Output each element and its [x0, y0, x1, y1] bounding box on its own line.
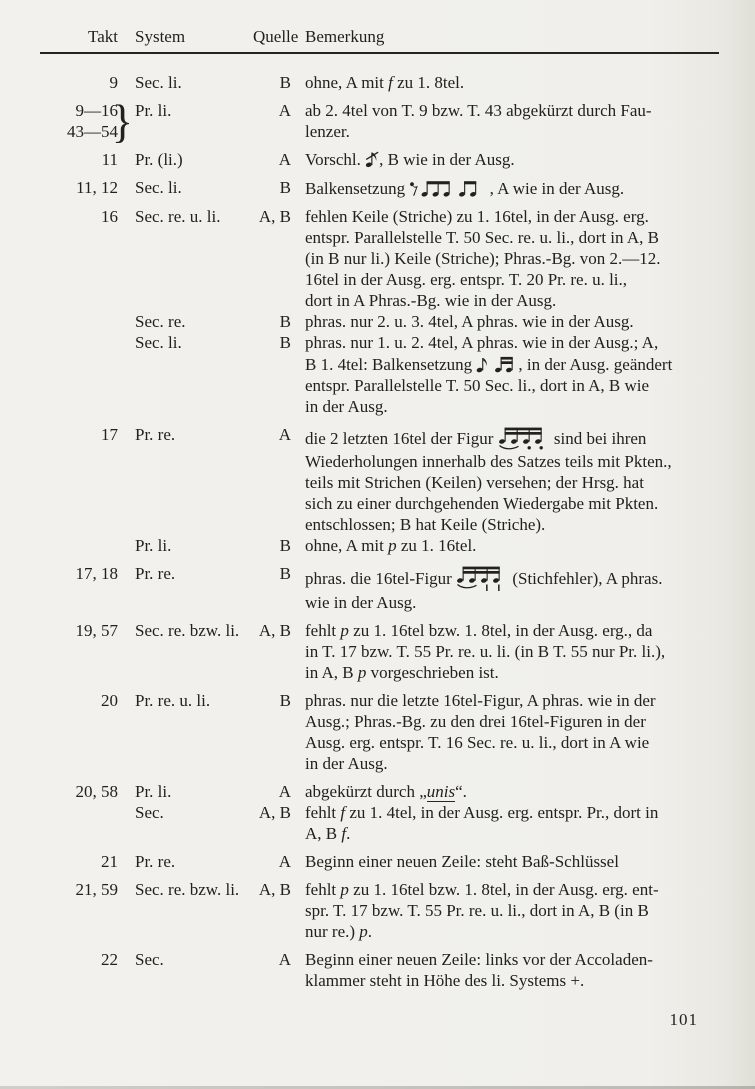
system-cell: Sec. li. [118, 177, 253, 199]
dynamic-letter: p [358, 663, 367, 682]
system-cell: Pr. li. [118, 100, 253, 142]
dynamic-letter: p [340, 880, 349, 899]
dynamic-letter: f [388, 73, 393, 92]
dynamic-letter: p [359, 922, 368, 941]
bemerkung-cell: phras. die 16tel-Figur (Stichfehler), A … [305, 563, 719, 613]
quelle-cell: B [253, 535, 305, 556]
takt-cell: 22 [40, 949, 118, 991]
takt-cell: 9—1643—54} [40, 100, 118, 142]
bemerkung-cell: Beginn einer neuen Zeile: links vor der … [305, 949, 719, 991]
system-cell: Pr. li. [118, 781, 253, 802]
takt-cell [40, 311, 118, 332]
system-cell: Pr. re. [118, 851, 253, 872]
dynamic-letter: f [340, 803, 345, 822]
header-bemerkung: Bemerkung [305, 26, 719, 47]
takt-cell: 9 [40, 72, 118, 93]
table-row: Sec.A, Bfehlt f zu 1. 4tel, in der Ausg.… [40, 802, 719, 844]
table-row: 17, 18Pr. re.Bphras. die 16tel-Figur (St… [40, 563, 719, 613]
four-sixteenths-strokes-icon [456, 563, 508, 592]
table-row: 19, 57Sec. re. bzw. li.A, Bfehlt p zu 1.… [40, 620, 719, 683]
system-cell: Sec. re. bzw. li. [118, 620, 253, 683]
takt-brace: } [112, 97, 133, 147]
grace-note-icon [365, 149, 379, 170]
rest-and-beamed-eighths-icon [409, 177, 485, 199]
dynamic-letter: p [388, 536, 397, 555]
takt-cell [40, 535, 118, 556]
header-takt: Takt [40, 26, 118, 47]
table-row: 17Pr. re.Adie 2 letzten 16tel der Figur … [40, 424, 719, 535]
takt-cell: 11, 12 [40, 177, 118, 199]
system-cell: Sec. [118, 802, 253, 844]
bemerkung-cell: ohne, A mit f zu 1. 8tel. [305, 72, 719, 93]
bemerkung-cell: ab 2. 4tel von T. 9 bzw. T. 43 abgekürzt… [305, 100, 719, 142]
scanned-page: Takt System Quelle Bemerkung 9Sec. li.Bo… [0, 0, 755, 1089]
takt-cell: 17, 18 [40, 563, 118, 613]
bemerkung-cell: ohne, A mit p zu 1. 16tel. [305, 535, 719, 556]
quelle-cell: A, B [253, 802, 305, 844]
system-cell: Pr. re. [118, 424, 253, 535]
bemerkung-cell: abgekürzt durch „unis“. [305, 781, 719, 802]
table-row: 21, 59Sec. re. bzw. li.A, Bfehlt p zu 1.… [40, 879, 719, 942]
quelle-cell: B [253, 563, 305, 613]
system-cell: Sec. li. [118, 332, 253, 417]
bemerkung-cell: phras. nur die letzte 16tel-Figur, A phr… [305, 690, 719, 774]
table-body: 9Sec. li.Bohne, A mit f zu 1. 8tel.9—164… [40, 54, 719, 991]
bemerkung-cell: phras. nur 2. u. 3. 4tel, A phras. wie i… [305, 311, 719, 332]
bemerkung-cell: Beginn einer neuen Zeile: steht Baß-Schl… [305, 851, 719, 872]
bemerkung-cell: fehlen Keile (Striche) zu 1. 16tel, in d… [305, 206, 719, 311]
header-system: System [118, 26, 253, 47]
system-cell: Sec. re. bzw. li. [118, 879, 253, 942]
quelle-cell: B [253, 311, 305, 332]
system-cell: Sec. re. u. li. [118, 206, 253, 311]
quelle-cell: A [253, 851, 305, 872]
system-cell: Sec. li. [118, 72, 253, 93]
system-cell: Pr. re. [118, 563, 253, 613]
bemerkung-cell: Vorschl. , B wie in der Ausg. [305, 149, 719, 170]
four-sixteenths-dots-icon [498, 424, 550, 451]
table-row: 21Pr. re.ABeginn einer neuen Zeile: steh… [40, 851, 719, 872]
table-row: 20, 58Pr. li.Aabgekürzt durch „unis“. [40, 781, 719, 802]
quelle-cell: A [253, 949, 305, 991]
page-number: 101 [670, 1010, 699, 1030]
takt-cell: 17 [40, 424, 118, 535]
takt-cell [40, 332, 118, 417]
table-row: 11Pr. (li.)AVorschl. , B wie in der Ausg… [40, 149, 719, 170]
takt-cell: 21 [40, 851, 118, 872]
takt-cell: 20 [40, 690, 118, 774]
quelle-cell: B [253, 177, 305, 199]
quelle-cell: A, B [253, 206, 305, 311]
table-row: 9—1643—54}Pr. li.Aab 2. 4tel von T. 9 bz… [40, 100, 719, 142]
takt-cell: 16 [40, 206, 118, 311]
system-cell: Pr. re. u. li. [118, 690, 253, 774]
table-row: 9Sec. li.Bohne, A mit f zu 1. 8tel. [40, 72, 719, 93]
header-quelle: Quelle [253, 26, 305, 47]
eighth-and-two-sixteenths-icon [476, 353, 518, 375]
system-cell: Sec. re. [118, 311, 253, 332]
takt-cell: 21, 59 [40, 879, 118, 942]
table-row: 16Sec. re. u. li.A, Bfehlen Keile (Stric… [40, 206, 719, 311]
quelle-cell: A, B [253, 620, 305, 683]
quelle-cell: B [253, 72, 305, 93]
takt-cell [40, 802, 118, 844]
takt-cell: 11 [40, 149, 118, 170]
takt-cell: 19, 57 [40, 620, 118, 683]
table-header-row: Takt System Quelle Bemerkung [40, 26, 719, 47]
takt-cell: 20, 58 [40, 781, 118, 802]
dynamic-letter: f [341, 824, 346, 843]
quelle-cell: B [253, 332, 305, 417]
quelle-cell: A, B [253, 879, 305, 942]
quelle-cell: A [253, 149, 305, 170]
table-row: Pr. li.Bohne, A mit p zu 1. 16tel. [40, 535, 719, 556]
bemerkung-cell: fehlt f zu 1. 4tel, in der Ausg. erg. en… [305, 802, 719, 844]
dynamic-letter: p [340, 621, 349, 640]
quelle-cell: B [253, 690, 305, 774]
system-cell: Pr. (li.) [118, 149, 253, 170]
bemerkung-cell: fehlt p zu 1. 16tel bzw. 1. 8tel, in der… [305, 620, 719, 683]
bemerkung-cell: fehlt p zu 1. 16tel bzw. 1. 8tel, in der… [305, 879, 719, 942]
system-cell: Sec. [118, 949, 253, 991]
system-cell: Pr. li. [118, 535, 253, 556]
table-row: Sec. re.Bphras. nur 2. u. 3. 4tel, A phr… [40, 311, 719, 332]
table-row: 20Pr. re. u. li.Bphras. nur die letzte 1… [40, 690, 719, 774]
underlined-term: unis [427, 782, 455, 802]
bemerkung-cell: Balkensetzung , A wie in der Ausg. [305, 177, 719, 199]
bemerkung-cell: die 2 letzten 16tel der Figur sind bei i… [305, 424, 719, 535]
table-row: 22Sec.ABeginn einer neuen Zeile: links v… [40, 949, 719, 991]
table-row: 11, 12Sec. li.BBalkensetzung , A wie in … [40, 177, 719, 199]
quelle-cell: A [253, 781, 305, 802]
quelle-cell: A [253, 424, 305, 535]
table-row: Sec. li.Bphras. nur 1. u. 2. 4tel, A phr… [40, 332, 719, 417]
bemerkung-cell: phras. nur 1. u. 2. 4tel, A phras. wie i… [305, 332, 719, 417]
quelle-cell: A [253, 100, 305, 142]
